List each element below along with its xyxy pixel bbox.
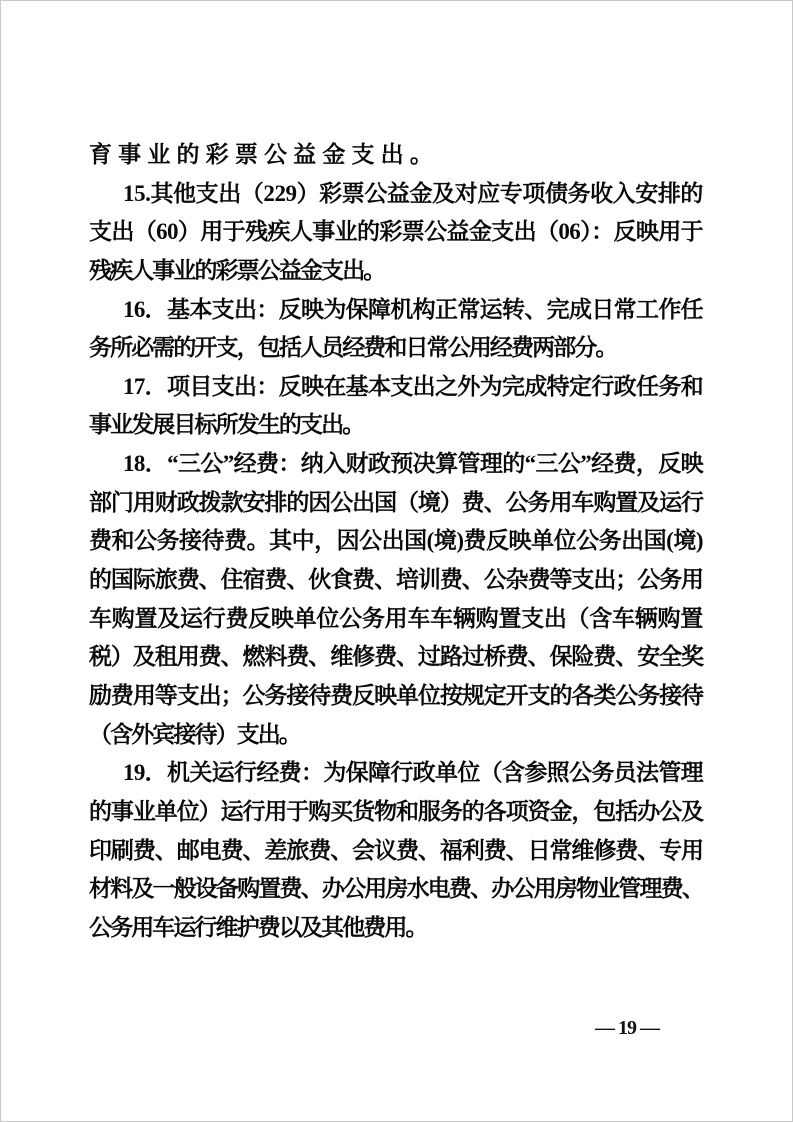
text-line-content: 支出（60）用于残疾人事业的彩票公益金支出（06）：反映用于	[89, 219, 703, 244]
text-line-content: 费和公务接待费。其中，因公出国(境)费反映单位公务出国(境)	[89, 528, 703, 553]
text-line: 税）及租用费、燃料费、维修费、过路过桥费、保险费、安全奖	[89, 638, 703, 677]
text-line: 17．项目支出：反映在基本支出之外为完成特定行政任务和	[89, 368, 703, 407]
text-line-content: 励费用等支出；公务接待费反映单位按规定开支的各类公务接待	[89, 683, 703, 708]
text-line-content: 印刷费、邮电费、差旅费、会议费、福利费、日常维修费、专用	[89, 838, 703, 863]
text-line-content: 材料及一般设备购置费、办公用房水电费、办公用房物业管理费、	[89, 876, 703, 901]
text-line: 公务用车运行维护费以及其他费用。	[89, 909, 703, 948]
text-line: 费和公务接待费。其中，因公出国(境)费反映单位公务出国(境)	[89, 522, 703, 561]
text-line-content: 残疾人事业的彩票公益金支出。	[89, 258, 384, 283]
text-line-content: （含外宾接待）支出。	[89, 722, 300, 747]
text-line: 材料及一般设备购置费、办公用房水电费、办公用房物业管理费、	[89, 870, 703, 909]
text-line-content: 车购置及运行费反映单位公务用车车辆购置支出（含车辆购置	[89, 606, 703, 631]
text-line-content: 的事业单位）运行用于购买货物和服务的各项资金，包括办公及	[89, 799, 703, 824]
text-line: 18．“三公”经费：纳入财政预决算管理的“三公”经费，反映	[89, 445, 703, 484]
text-line-content: 的国际旅费、住宿费、伙食费、培训费、公杂费等支出；公务用	[89, 567, 703, 592]
text-line: 部门用财政拨款安排的因公出国（境）费、公务用车购置及运行	[89, 484, 703, 523]
text-line: 务所必需的开支，包括人员经费和日常公用经费两部分。	[89, 329, 703, 368]
text-line: 15.其他支出（229）彩票公益金及对应专项债务收入安排的	[89, 175, 703, 214]
document-page: 育事业的彩票公益金支出。15.其他支出（229）彩票公益金及对应专项债务收入安排…	[0, 0, 793, 1122]
text-line-content: 税）及租用费、燃料费、维修费、过路过桥费、保险费、安全奖	[89, 644, 703, 669]
page-number: — 19 —	[595, 1013, 659, 1043]
text-line-content: 务所必需的开支，包括人员经费和日常公用经费两部分。	[89, 335, 617, 360]
text-line: 残疾人事业的彩票公益金支出。	[89, 252, 703, 291]
document-body: 育事业的彩票公益金支出。15.其他支出（229）彩票公益金及对应专项债务收入安排…	[89, 136, 703, 947]
text-line-content: 事业发展目标所发生的支出。	[89, 412, 363, 437]
text-line: （含外宾接待）支出。	[89, 716, 703, 755]
text-line: 励费用等支出；公务接待费反映单位按规定开支的各类公务接待	[89, 677, 703, 716]
text-line-content: 18．“三公”经费：纳入财政预决算管理的“三公”经费，反映	[123, 451, 703, 476]
text-line-content: 16．基本支出：反映为保障机构正常运转、完成日常工作任	[123, 297, 703, 322]
text-line-content: 17．项目支出：反映在基本支出之外为完成特定行政任务和	[123, 374, 703, 399]
text-line-content: 15.其他支出（229）彩票公益金及对应专项债务收入安排的	[123, 181, 703, 206]
text-line: 车购置及运行费反映单位公务用车车辆购置支出（含车辆购置	[89, 600, 703, 639]
text-line: 印刷费、邮电费、差旅费、会议费、福利费、日常维修费、专用	[89, 832, 703, 871]
text-line: 的事业单位）运行用于购买货物和服务的各项资金，包括办公及	[89, 793, 703, 832]
text-line-content: 公务用车运行维护费以及其他费用。	[89, 915, 427, 940]
text-line: 19．机关运行经费：为保障行政单位（含参照公务员法管理	[89, 754, 703, 793]
text-line: 育事业的彩票公益金支出。	[89, 136, 703, 175]
text-line-content: 19．机关运行经费：为保障行政单位（含参照公务员法管理	[123, 760, 703, 785]
text-line-content: 部门用财政拨款安排的因公出国（境）费、公务用车购置及运行	[89, 490, 703, 515]
text-line: 的国际旅费、住宿费、伙食费、培训费、公杂费等支出；公务用	[89, 561, 703, 600]
text-line: 16．基本支出：反映为保障机构正常运转、完成日常工作任	[89, 291, 703, 330]
text-line: 事业发展目标所发生的支出。	[89, 406, 703, 445]
text-line-content: 育事业的彩票公益金支出。	[89, 142, 439, 167]
text-line: 支出（60）用于残疾人事业的彩票公益金支出（06）：反映用于	[89, 213, 703, 252]
